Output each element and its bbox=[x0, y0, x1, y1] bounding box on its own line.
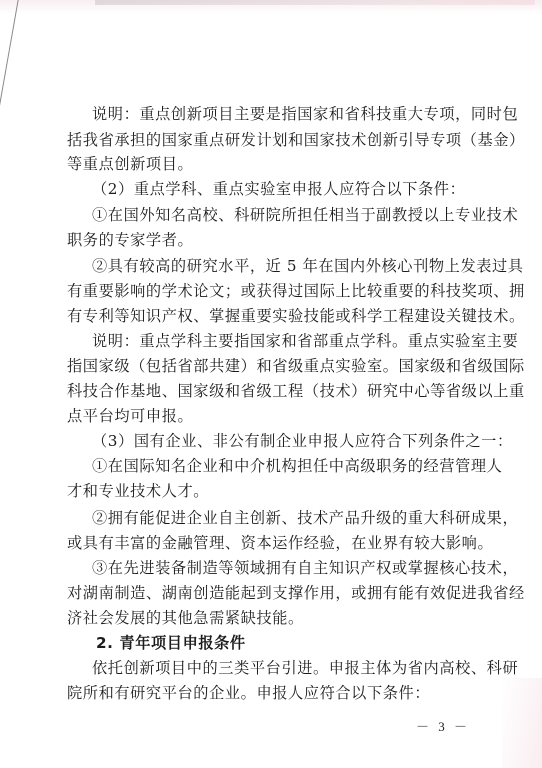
text-line: 有专利等知识产权、掌握重要实验技能或科学工程建设关键技术。 bbox=[67, 307, 525, 325]
page-edge-shadow bbox=[0, 0, 19, 111]
text-line: ②拥有能促进企业自主创新、技术产品升级的重大科研成果， bbox=[92, 509, 518, 527]
subsection-heading: （2）重点学科、重点实验室申报人应符合以下条件： bbox=[92, 180, 465, 198]
text-line: 说明：重点学科主要指国家和省部重点学科。重点实验室主要 bbox=[92, 332, 518, 350]
text-line: 或具有丰富的金融管理、资本运作经验，在业界有较大影响。 bbox=[67, 534, 493, 552]
text-line: ③在先进装备制造等领域拥有自主知识产权或掌握核心技术， bbox=[92, 559, 518, 577]
text-line: 指国家级（包括省部共建）和省级重点实验室。国家级和省级国际 bbox=[67, 357, 525, 375]
text-line: 科技合作基地、国家级和省级工程（技术）研究中心等省级以上重 bbox=[67, 382, 525, 400]
text-line: 依托创新项目中的三类平台引进。申报主体为省内高校、科研 bbox=[92, 659, 518, 677]
bleed-through-text bbox=[95, 0, 535, 5]
text-line: 济社会发展的其他急需紧缺技能。 bbox=[67, 609, 304, 627]
page-number: － 3 － bbox=[416, 716, 470, 735]
scan-tint bbox=[502, 678, 542, 768]
text-line: ①在国际知名企业和中介机构担任中高级职务的经营管理人 bbox=[92, 457, 502, 475]
subsection-heading: （3）国有企业、非公有制企业申报人应符合下列条件之一： bbox=[92, 432, 513, 450]
text-line: 说明：重点创新项目主要是指国家和省科技重大专项，同时包 bbox=[92, 105, 518, 123]
text-line: ②具有较高的研究水平，近 5 年在国内外核心刊物上发表过具 bbox=[92, 257, 524, 275]
text-line: 有重要影响的学术论文；或获得过国际上比较重要的科技奖项、拥 bbox=[67, 282, 525, 300]
text-line: 括我省承担的国家重点研发计划和国家技术创新引导专项（基金） bbox=[67, 131, 525, 149]
text-line: 对湖南制造、湖南创造能起到支撑作用，或拥有能有效促进我省经 bbox=[67, 584, 525, 602]
text-line: 职务的专家学者。 bbox=[67, 231, 193, 249]
section-heading: 2. 青年项目申报条件 bbox=[96, 634, 246, 652]
text-line: 才和专业技术人才。 bbox=[67, 482, 209, 500]
scanned-page: 说明：重点创新项目主要是指国家和省科技重大专项，同时包 括我省承担的国家重点研发… bbox=[0, 0, 542, 768]
text-line: 点平台均可申报。 bbox=[67, 407, 193, 425]
text-line: ①在国外知名高校、科研院所担任相当于副教授以上专业技术 bbox=[92, 206, 518, 224]
text-line: 等重点创新项目。 bbox=[67, 155, 193, 173]
text-line: 院所和有研究平台的企业。申报人应符合以下条件： bbox=[67, 684, 430, 702]
